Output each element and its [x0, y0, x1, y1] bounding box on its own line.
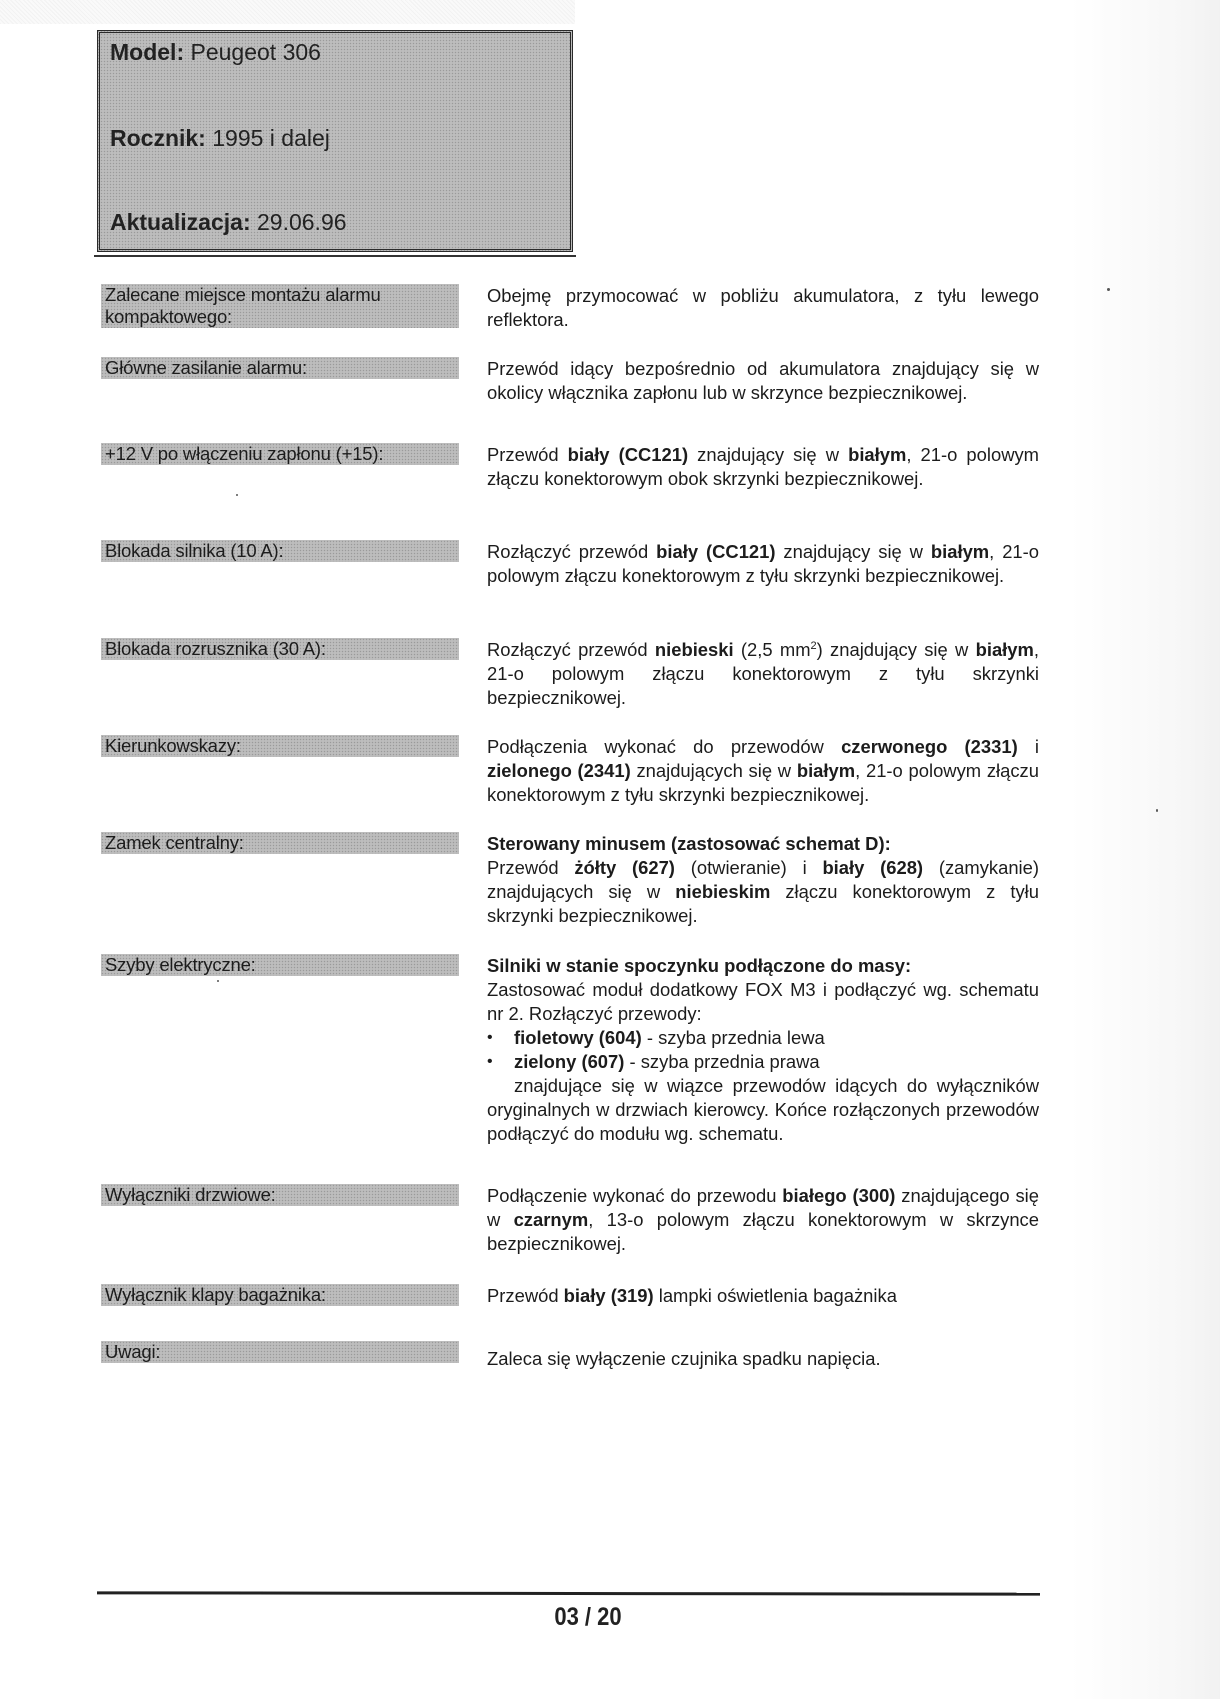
wire-color: biały (CC121) — [568, 444, 688, 465]
row-label: Główne zasilanie alarmu: — [101, 357, 459, 379]
text: (2,5 mm — [734, 639, 811, 660]
row-value: Podłączenie wykonać do przewodu białego … — [487, 1184, 1039, 1256]
year-value: 1995 i dalej — [212, 125, 330, 151]
year-key: Rocznik: — [110, 125, 206, 151]
connector-color: niebieskim — [675, 881, 770, 902]
row-value: Przewód biały (319) lampki oświetlenia b… — [487, 1284, 1039, 1308]
wire-color: biały (319) — [564, 1285, 654, 1306]
list-item: zielony (607) - szyba przednia prawa — [514, 1050, 1039, 1074]
model-key: Model: — [110, 39, 184, 65]
row-value: Przewód idący bezpośrednio od akumulator… — [487, 357, 1039, 405]
connector-color: białym — [797, 760, 855, 781]
list-item: fioletowy (604) - szyba przednia lewa — [514, 1026, 1039, 1050]
row-label: Wyłącznik klapy bagażnika: — [101, 1284, 459, 1306]
row-label: Zalecane miejsce montażu alarmu kompakto… — [101, 284, 459, 328]
connector-color: białym — [976, 639, 1034, 660]
wire-color: zielony (607) — [514, 1051, 624, 1072]
update-line: Aktualizacja: 29.06.96 — [110, 209, 347, 236]
text: i — [1018, 736, 1039, 757]
text: - szyba przednia prawa — [624, 1051, 819, 1072]
text: Przewód — [487, 1285, 564, 1306]
footer-rule — [97, 1591, 1040, 1595]
row-label: Zamek centralny: — [101, 832, 459, 854]
row-subheading: Silniki w stanie spoczynku podłączone do… — [487, 954, 1039, 978]
text: Przewód — [487, 444, 568, 465]
scan-top-strip — [0, 0, 575, 24]
text: Rozłączyć przewód — [487, 639, 655, 660]
row-label: Szyby elektryczne: — [101, 954, 459, 976]
connector-color: czarnym — [514, 1209, 589, 1230]
vehicle-info-box: Model: Peugeot 306 Rocznik: 1995 i dalej… — [97, 30, 573, 252]
page-number: 03 / 20 — [51, 1603, 1125, 1632]
scan-speck — [1156, 809, 1158, 812]
row-label: Wyłączniki drzwiowe: — [101, 1184, 459, 1206]
wire-color: czerwonego (2331) — [841, 736, 1018, 757]
text: znajdujący się w — [688, 444, 848, 465]
row-value: Przewód biały (CC121) znajdujący się w b… — [487, 443, 1039, 491]
wire-color: biały (628) — [822, 857, 923, 878]
wire-color: zielonego (2341) — [487, 760, 631, 781]
wire-color: biały (CC121) — [656, 541, 775, 562]
wire-color: białego (300) — [782, 1185, 895, 1206]
row-label: Kierunkowskazy: — [101, 735, 459, 757]
model-line: Model: Peugeot 306 — [110, 39, 321, 66]
update-value: 29.06.96 — [257, 209, 347, 235]
row-value: Rozłączyć przewód biały (CC121) znajdują… — [487, 540, 1039, 588]
row-subheading: Sterowany minusem (zastosować schemat D)… — [487, 832, 1039, 856]
row-label: Blokada rozrusznika (30 A): — [101, 638, 459, 660]
row-label: +12 V po włączeniu zapłonu (+15): — [101, 443, 459, 465]
scan-speck — [217, 980, 219, 982]
text: Podłączenie wykonać do przewodu — [487, 1185, 782, 1206]
row-label: Blokada silnika (10 A): — [101, 540, 459, 562]
row-value: Rozłączyć przewód niebieski (2,5 mm2) zn… — [487, 638, 1039, 710]
text: (otwieranie) i — [675, 857, 823, 878]
wire-list: fioletowy (604) - szyba przednia lewa zi… — [487, 1026, 1039, 1074]
text: Rozłączyć przewód — [487, 541, 656, 562]
text: znajdujących się w — [631, 760, 797, 781]
connector-color: białym — [848, 444, 906, 465]
row-value: Zaleca się wyłączenie czujnika spadku na… — [487, 1347, 1039, 1371]
update-key: Aktualizacja: — [110, 209, 251, 235]
scan-speck — [1107, 288, 1110, 291]
row-value: Silniki w stanie spoczynku podłączone do… — [487, 954, 1039, 1146]
connector-color: białym — [931, 541, 989, 562]
row-value: Obejmę przymocować w pobliżu akumulatora… — [487, 284, 1039, 332]
text: Przewód — [487, 857, 574, 878]
row-label: Uwagi: — [101, 1341, 459, 1363]
row-value: Sterowany minusem (zastosować schemat D)… — [487, 832, 1039, 928]
row-value: Podłączenia wykonać do przewodów czerwon… — [487, 735, 1039, 807]
text: lampki oświetlenia bagażnika — [654, 1285, 897, 1306]
scan-speck — [236, 494, 238, 496]
row-intro: Zastosować moduł dodatkowy FOX M3 i podł… — [487, 978, 1039, 1026]
text: Podłączenia wykonać do przewodów — [487, 736, 841, 757]
scan-edge-shadow — [1070, 0, 1220, 1699]
row-outro: znajdujące się w wiązce przewodów idącyc… — [487, 1074, 1039, 1146]
wire-color: fioletowy (604) — [514, 1027, 642, 1048]
year-line: Rocznik: 1995 i dalej — [110, 125, 330, 152]
text: - szyba przednia lewa — [642, 1027, 825, 1048]
model-value: Peugeot 306 — [191, 39, 321, 65]
text: znajdujący się w — [776, 541, 931, 562]
wire-color: żółty (627) — [574, 857, 675, 878]
text: ) znajdujący się w — [817, 639, 976, 660]
wire-color: niebieski — [655, 639, 734, 660]
